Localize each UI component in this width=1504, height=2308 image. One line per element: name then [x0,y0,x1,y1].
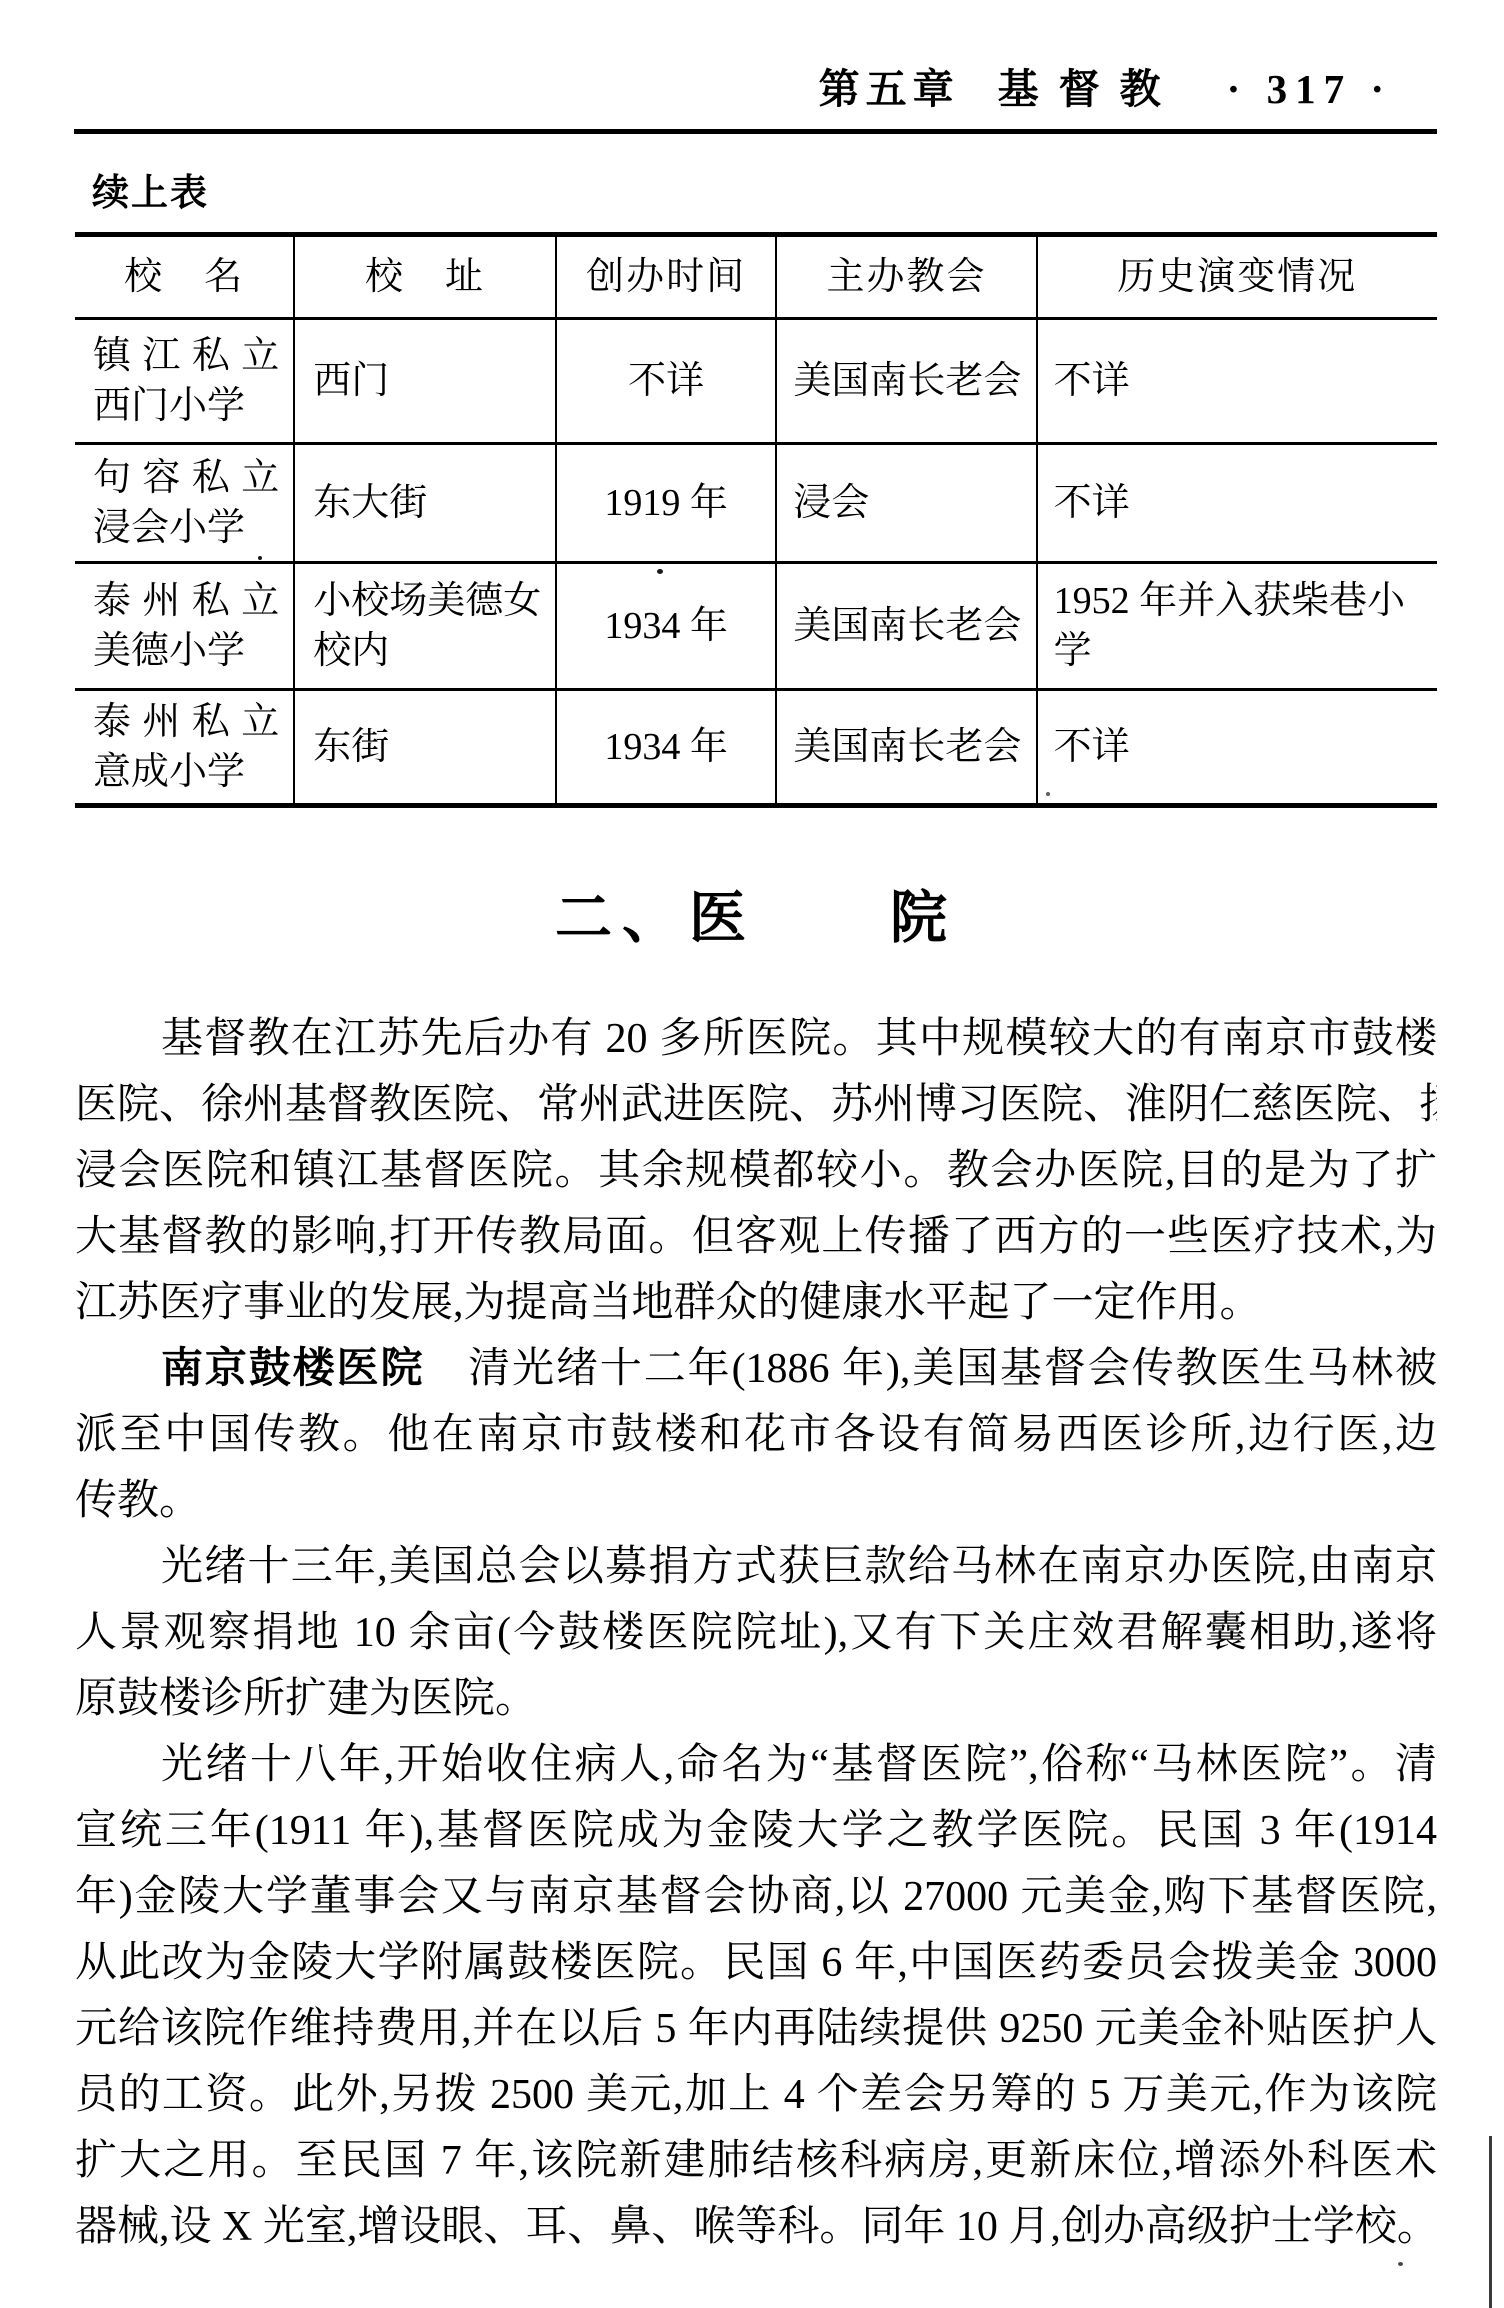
book-page: 第五章基督教· 317 · 续上表 校 名 校 址 创办时间 主办教会 历史演变… [0,0,1504,2308]
table-caption: 续上表 [92,162,209,216]
cell-school-name: 泰州私立意成小学 [75,690,294,804]
body-line-text: 清光绪十二年(1886 年),美国基督会传教医生马林被 [424,1346,1437,1392]
cell-history: 不详 [1037,319,1437,444]
cell-school-name: 镇江私立西门小学 [75,319,294,444]
cell-history: 1952 年并入获柴巷小学 [1037,563,1437,690]
scan-speck [657,569,663,574]
col-header-school-address: 校 址 [294,237,556,319]
body-line: 光绪十三年,美国总会以募捐方式获巨款给马林在南京办医院,由南京 [75,1534,1437,1600]
cell-school-address: 东街 [294,690,556,804]
cell-founded: 1934 年 [556,690,777,804]
scan-edge-artifact [1489,2136,1492,2308]
cell-school-name: 句容私立浸会小学 [75,444,294,563]
body-line: 元给该院作维持费用,并在以后 5 年内再陆续提供 9250 元美金补贴医护人 [75,1996,1437,2062]
body-line: 派至中国传教。他在南京市鼓楼和花市各设有简易西医诊所,边行医,边 [75,1402,1437,1468]
schools-table: 校 名 校 址 创办时间 主办教会 历史演变情况 镇江私立西门小学 西门 不详 … [75,232,1437,808]
cell-sponsor-church: 美国南长老会 [776,690,1036,804]
body-line: 年)金陵大学董事会又与南京基督会协商,以 27000 元美金,购下基督医院, [75,1864,1437,1930]
running-head: 第五章基督教· 317 · [819,56,1392,115]
section-heading: 二、医 院 [75,872,1437,954]
cell-history: 不详 [1037,444,1437,563]
col-header-school-name: 校 名 [75,237,294,319]
body-line: 传教。 [75,1468,1437,1534]
body-line: 宣统三年(1911 年),基督医院成为金陵大学之教学医院。民国 3 年(1914 [75,1798,1437,1864]
paragraph-lead-hospital-name: 南京鼓楼医院 [161,1346,424,1392]
body-text: 基督教在江苏先后办有 20 多所医院。其中规模较大的有南京市鼓楼 医院、徐州基督… [75,1006,1437,2260]
body-line: 医院、徐州基督教医院、常州武进医院、苏州博习医院、淮阴仁慈医院、扬州 [75,1072,1437,1138]
cell-sponsor-church: 美国南长老会 [776,563,1036,690]
table-header-row: 校 名 校 址 创办时间 主办教会 历史演变情况 [75,237,1437,319]
body-line: 南京鼓楼医院 清光绪十二年(1886 年),美国基督会传教医生马林被 [75,1336,1437,1402]
body-line: 原鼓楼诊所扩建为医院。 [75,1666,1437,1732]
body-line: 员的工资。此外,另拨 2500 美元,加上 4 个差会另筹的 5 万美元,作为该… [75,2062,1437,2128]
body-line: 光绪十八年,开始收住病人,命名为“基督医院”,俗称“马林医院”。清 [75,1732,1437,1798]
scan-speck [1398,2262,1403,2266]
body-line: 器械,设 X 光室,增设眼、耳、鼻、喉等科。同年 10 月,创办高级护士学校。 [75,2194,1437,2260]
body-line: 基督教在江苏先后办有 20 多所医院。其中规模较大的有南京市鼓楼 [75,1006,1437,1072]
cell-founded: 不详 [556,319,777,444]
cell-founded: 1919 年 [556,444,777,563]
col-header-sponsor-church: 主办教会 [776,237,1036,319]
cell-school-address: 东大街 [294,444,556,563]
cell-school-address: 西门 [294,319,556,444]
header-rule [74,129,1437,134]
cell-school-address: 小校场美德女校内 [294,563,556,690]
body-line: 浸会医院和镇江基督医院。其余规模都较小。教会办医院,目的是为了扩 [75,1138,1437,1204]
table-row: 泰州私立意成小学 东街 1934 年 美国南长老会 不详 [75,690,1437,804]
cell-sponsor-church: 浸会 [776,444,1036,563]
scan-speck [258,556,262,560]
col-header-founded: 创办时间 [556,237,777,319]
chapter-label: 第五章 [819,66,960,112]
page-number: · 317 · [1227,66,1392,112]
cell-sponsor-church: 美国南长老会 [776,319,1036,444]
body-line: 扩大之用。至民国 7 年,该院新建肺结核科病房,更新床位,增添外科医术 [75,2128,1437,2194]
section-label: 基督教 [998,66,1181,112]
body-line: 从此改为金陵大学附属鼓楼医院。民国 6 年,中国医药委员会拨美金 3000 [75,1930,1437,1996]
cell-history: 不详 [1037,690,1437,804]
body-line: 大基督教的影响,打开传教局面。但客观上传播了西方的一些医疗技术,为 [75,1204,1437,1270]
body-line: 江苏医疗事业的发展,为提高当地群众的健康水平起了一定作用。 [75,1270,1437,1336]
col-header-history: 历史演变情况 [1037,237,1437,319]
cell-founded: 1934 年 [556,563,777,690]
cell-school-name: 泰州私立美德小学 [75,563,294,690]
table-row: 句容私立浸会小学 东大街 1919 年 浸会 不详 [75,444,1437,563]
table-row: 泰州私立美德小学 小校场美德女校内 1934 年 美国南长老会 1952 年并入… [75,563,1437,690]
scan-speck [1046,792,1050,796]
table-row: 镇江私立西门小学 西门 不详 美国南长老会 不详 [75,319,1437,444]
body-line: 人景观察捐地 10 余亩(今鼓楼医院院址),又有下关庄效君解囊相助,遂将 [75,1600,1437,1666]
